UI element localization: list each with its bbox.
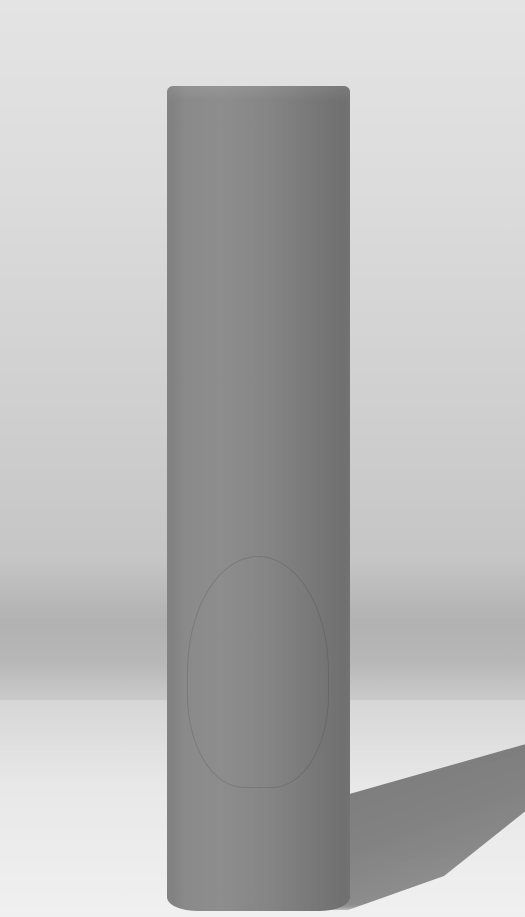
carved-figure [187, 556, 329, 788]
cylinder-object [167, 86, 350, 911]
